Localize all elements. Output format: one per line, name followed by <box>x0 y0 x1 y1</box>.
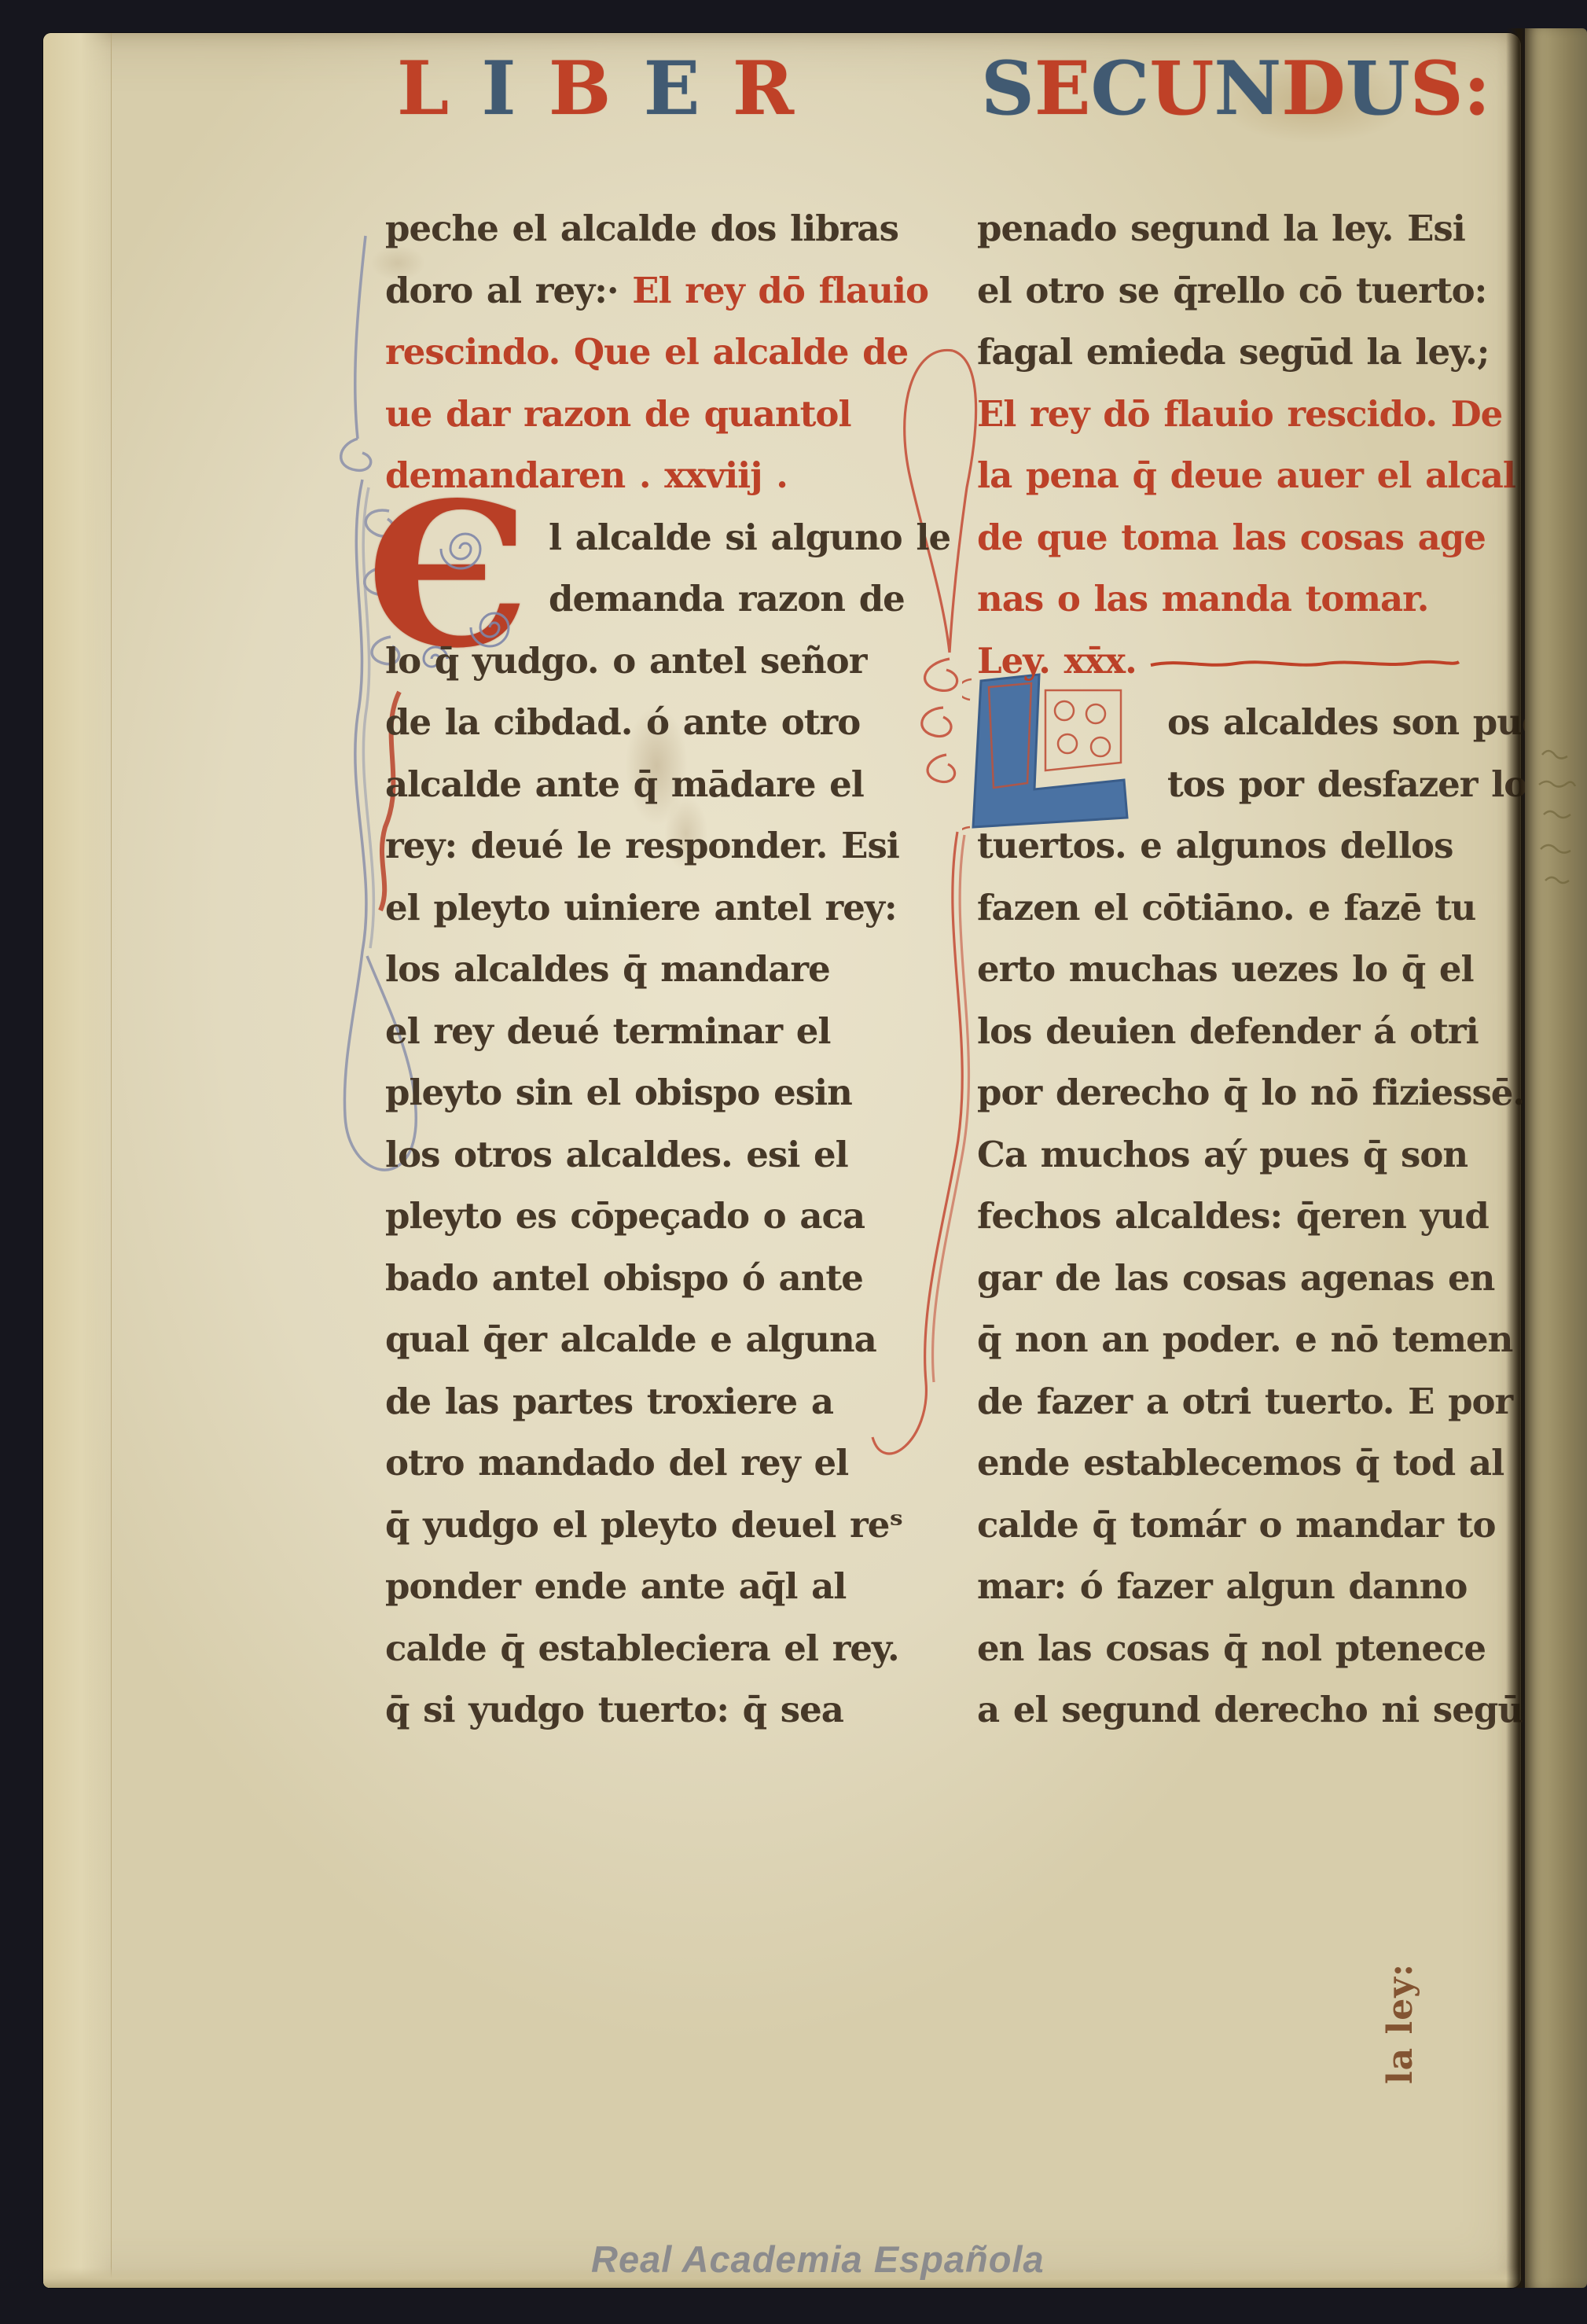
text-segment: el pleyto uiniere antel rey: <box>385 887 897 928</box>
text-line: otro mandado del rey el <box>385 1432 908 1495</box>
red-rule-squiggle <box>1148 656 1462 671</box>
text-line: de la cibdad. ó ante otro <box>385 692 908 754</box>
header-letter: N <box>1214 50 1281 137</box>
text-segment: los otros alcaldes. esi el <box>385 1134 848 1175</box>
text-line: de que toma las cosas age <box>977 507 1508 569</box>
text-column-right: penado segund la ley. Esiel otro se q̄re… <box>977 198 1508 1741</box>
text-segment: tos por desfazer los <box>1167 763 1546 805</box>
text-line: peche el alcalde dos libras <box>385 198 908 260</box>
text-line: los deuien defender á otri <box>977 1001 1508 1063</box>
header-letter: B <box>549 50 611 137</box>
text-segment: de la cibdad. ó ante otro <box>385 701 860 743</box>
text-line: tuertos. e algunos dellos <box>977 815 1508 877</box>
text-segment: doro al rey:· <box>385 270 632 311</box>
text-segment: erto muchas uezes lo q̄ el <box>977 948 1474 990</box>
header-letter: U <box>1346 50 1410 137</box>
text-line: ende establecemos q̄ tod al <box>977 1432 1508 1495</box>
text-segment: ponder ende ante aq̄l al <box>385 1565 846 1607</box>
text-segment: demandaren . xxviij . <box>385 454 788 496</box>
text-segment: fechos alcaldes: q̄eren yud <box>977 1195 1489 1237</box>
text-segment: pleyto sin el obispo esin <box>385 1072 852 1113</box>
header-letter: S <box>1410 50 1464 137</box>
text-segment: los deuien defender á otri <box>977 1010 1479 1052</box>
text-segment: Ca muchos aý pues q̄ son <box>977 1134 1468 1175</box>
text-segment: de las partes troxiere a <box>385 1381 833 1422</box>
text-segment: El rey dō flauio <box>632 270 928 311</box>
text-segment: qual q̄er alcalde e alguna <box>385 1318 876 1360</box>
facing-page-edge <box>1525 28 1587 2288</box>
text-segment: a el segund derecho ni segū <box>977 1689 1523 1730</box>
text-line: bado antel obispo ó ante <box>385 1248 908 1310</box>
text-segment: la pena q̄ deue auer el alcal <box>977 454 1515 496</box>
text-segment: calde q̄ tomár o mandar to <box>977 1504 1495 1546</box>
text-line: fazen el cōtiāno. e fazē tu <box>977 877 1508 940</box>
text-segment: q̄ non an poder. e nō temen <box>977 1318 1512 1360</box>
text-segment: lo q̄ yudgo. o antel señor <box>385 640 866 682</box>
facing-page-marginalia <box>1534 739 1585 912</box>
text-segment: gar de las cosas agenas en <box>977 1257 1494 1299</box>
text-line: lo q̄ yudgo. o antel señor <box>385 631 908 693</box>
text-column-left: peche el alcalde dos librasdoro al rey:·… <box>385 198 908 1741</box>
header-letter: S <box>981 50 1034 137</box>
text-line: la pena q̄ deue auer el alcal <box>977 445 1508 507</box>
text-line: os alcaldes son pueˢ <box>977 692 1508 754</box>
text-line: alcalde ante q̄ mādare el <box>385 754 908 816</box>
header-letter: R <box>733 50 794 137</box>
text-line: ue dar razon de quantol <box>385 384 908 446</box>
text-line: l alcalde si alguno le <box>385 507 908 569</box>
text-line: tos por desfazer los <box>977 754 1508 816</box>
header-letter: L <box>397 50 449 137</box>
text-line: pleyto sin el obispo esin <box>385 1062 908 1124</box>
text-segment: otro mandado del rey el <box>385 1442 848 1484</box>
text-line: qual q̄er alcalde e alguna <box>385 1309 908 1371</box>
text-line: el otro se q̄rello cō tuerto: <box>977 260 1508 322</box>
text-line: fechos alcaldes: q̄eren yud <box>977 1186 1508 1248</box>
text-segment: pleyto es cōpeçado o aca <box>385 1195 865 1237</box>
text-line: rescindo. Que el alcalde de <box>385 322 908 384</box>
text-line: Ley. xx̄x. <box>977 631 1508 693</box>
text-line: por derecho q̄ lo nō fiziessē. <box>977 1062 1508 1124</box>
header-letter: E <box>1034 50 1091 137</box>
text-line: penado segund la ley. Esi <box>977 198 1508 260</box>
running-header-secundus: SECUNDUS: <box>981 50 1490 137</box>
text-line: erto muchas uezes lo q̄ el <box>977 939 1508 1001</box>
header-letter: I <box>482 50 516 137</box>
text-line: Ca muchos aý pues q̄ son <box>977 1124 1508 1186</box>
text-segment: rescindo. Que el alcalde de <box>385 331 908 373</box>
text-line: demanda razon de <box>385 568 908 631</box>
text-segment: ende establecemos q̄ tod al <box>977 1442 1504 1484</box>
text-segment: penado segund la ley. Esi <box>977 208 1465 249</box>
header-letter: E <box>644 50 700 137</box>
text-line: los alcaldes q̄ mandare <box>385 939 908 1001</box>
header-letter: : <box>1464 50 1491 137</box>
text-line: pleyto es cōpeçado o aca <box>385 1186 908 1248</box>
text-segment: tuertos. e algunos dellos <box>977 825 1453 866</box>
text-segment: fazen el cōtiāno. e fazē tu <box>977 887 1475 928</box>
text-segment: Ley. xx̄x. <box>977 640 1137 682</box>
text-line: nas o las manda tomar. <box>977 568 1508 631</box>
header-letter: C <box>1091 50 1150 137</box>
text-line: q̄ si yudgo tuerto: q̄ sea <box>385 1679 908 1741</box>
header-letter: U <box>1149 50 1214 137</box>
text-segment: de fazer a otri tuerto. E por <box>977 1381 1512 1422</box>
text-segment: q̄ si yudgo tuerto: q̄ sea <box>385 1689 843 1730</box>
running-header-liber: LIBER <box>397 50 794 137</box>
text-line: de fazer a otri tuerto. E por <box>977 1371 1508 1433</box>
text-line: q̄ yudgo el pleyto deuel reˢ <box>385 1495 908 1557</box>
text-segment: El rey dō flauio rescido. De <box>977 393 1502 435</box>
text-line: q̄ non an poder. e nō temen <box>977 1309 1508 1371</box>
page-left-edge <box>43 33 112 2288</box>
text-segment: el otro se q̄rello cō tuerto: <box>977 270 1486 311</box>
text-line: el pleyto uiniere antel rey: <box>385 877 908 940</box>
text-segment: mar: ó fazer algun danno <box>977 1565 1467 1607</box>
text-segment: os alcaldes son pueˢ <box>1167 701 1556 743</box>
text-line: en las cosas q̄ nol ptenece <box>977 1618 1508 1680</box>
text-segment: fagal emieda segūd la ley.; <box>977 331 1489 373</box>
vertical-margin-note: la ley: <box>1380 1941 1421 2106</box>
text-segment: rey: deué le responder. Esi <box>385 825 899 866</box>
text-line: gar de las cosas agenas en <box>977 1248 1508 1310</box>
text-line: El rey dō flauio rescido. De <box>977 384 1508 446</box>
text-segment: q̄ yudgo el pleyto deuel reˢ <box>385 1504 902 1546</box>
header-letter: D <box>1281 50 1346 137</box>
text-segment: en las cosas q̄ nol ptenece <box>977 1627 1486 1669</box>
text-line: calde q̄ estableciera el rey. <box>385 1618 908 1680</box>
text-segment: calde q̄ estableciera el rey. <box>385 1627 899 1669</box>
text-line: los otros alcaldes. esi el <box>385 1124 908 1186</box>
text-segment: el rey deué terminar el <box>385 1010 830 1052</box>
library-watermark: Real Academia Española <box>591 2238 1045 2281</box>
text-segment: nas o las manda tomar. <box>977 578 1428 620</box>
manuscript-photo: { "palette": { "ink_dark": "#463828", "i… <box>0 0 1587 2324</box>
text-line: rey: deué le responder. Esi <box>385 815 908 877</box>
text-segment: por derecho q̄ lo nō fiziessē. <box>977 1072 1524 1113</box>
text-segment: ue dar razon de quantol <box>385 393 851 435</box>
text-line: mar: ó fazer algun danno <box>977 1556 1508 1618</box>
text-segment: los alcaldes q̄ mandare <box>385 948 830 990</box>
text-segment: peche el alcalde dos libras <box>385 208 898 249</box>
text-line: calde q̄ tomár o mandar to <box>977 1495 1508 1557</box>
text-segment: alcalde ante q̄ mādare el <box>385 763 864 805</box>
text-line: el rey deué terminar el <box>385 1001 908 1063</box>
text-segment: bado antel obispo ó ante <box>385 1257 863 1299</box>
text-line: de las partes troxiere a <box>385 1371 908 1433</box>
text-line: doro al rey:· El rey dō flauio <box>385 260 908 322</box>
text-line: a el segund derecho ni segū <box>977 1679 1508 1741</box>
text-line: ponder ende ante aq̄l al <box>385 1556 908 1618</box>
text-line: demandaren . xxviij . <box>385 445 908 507</box>
text-segment: de que toma las cosas age <box>977 517 1486 558</box>
text-segment: demanda razon de <box>549 578 905 620</box>
text-segment: l alcalde si alguno le <box>549 517 950 558</box>
text-line: fagal emieda segūd la ley.; <box>977 322 1508 384</box>
